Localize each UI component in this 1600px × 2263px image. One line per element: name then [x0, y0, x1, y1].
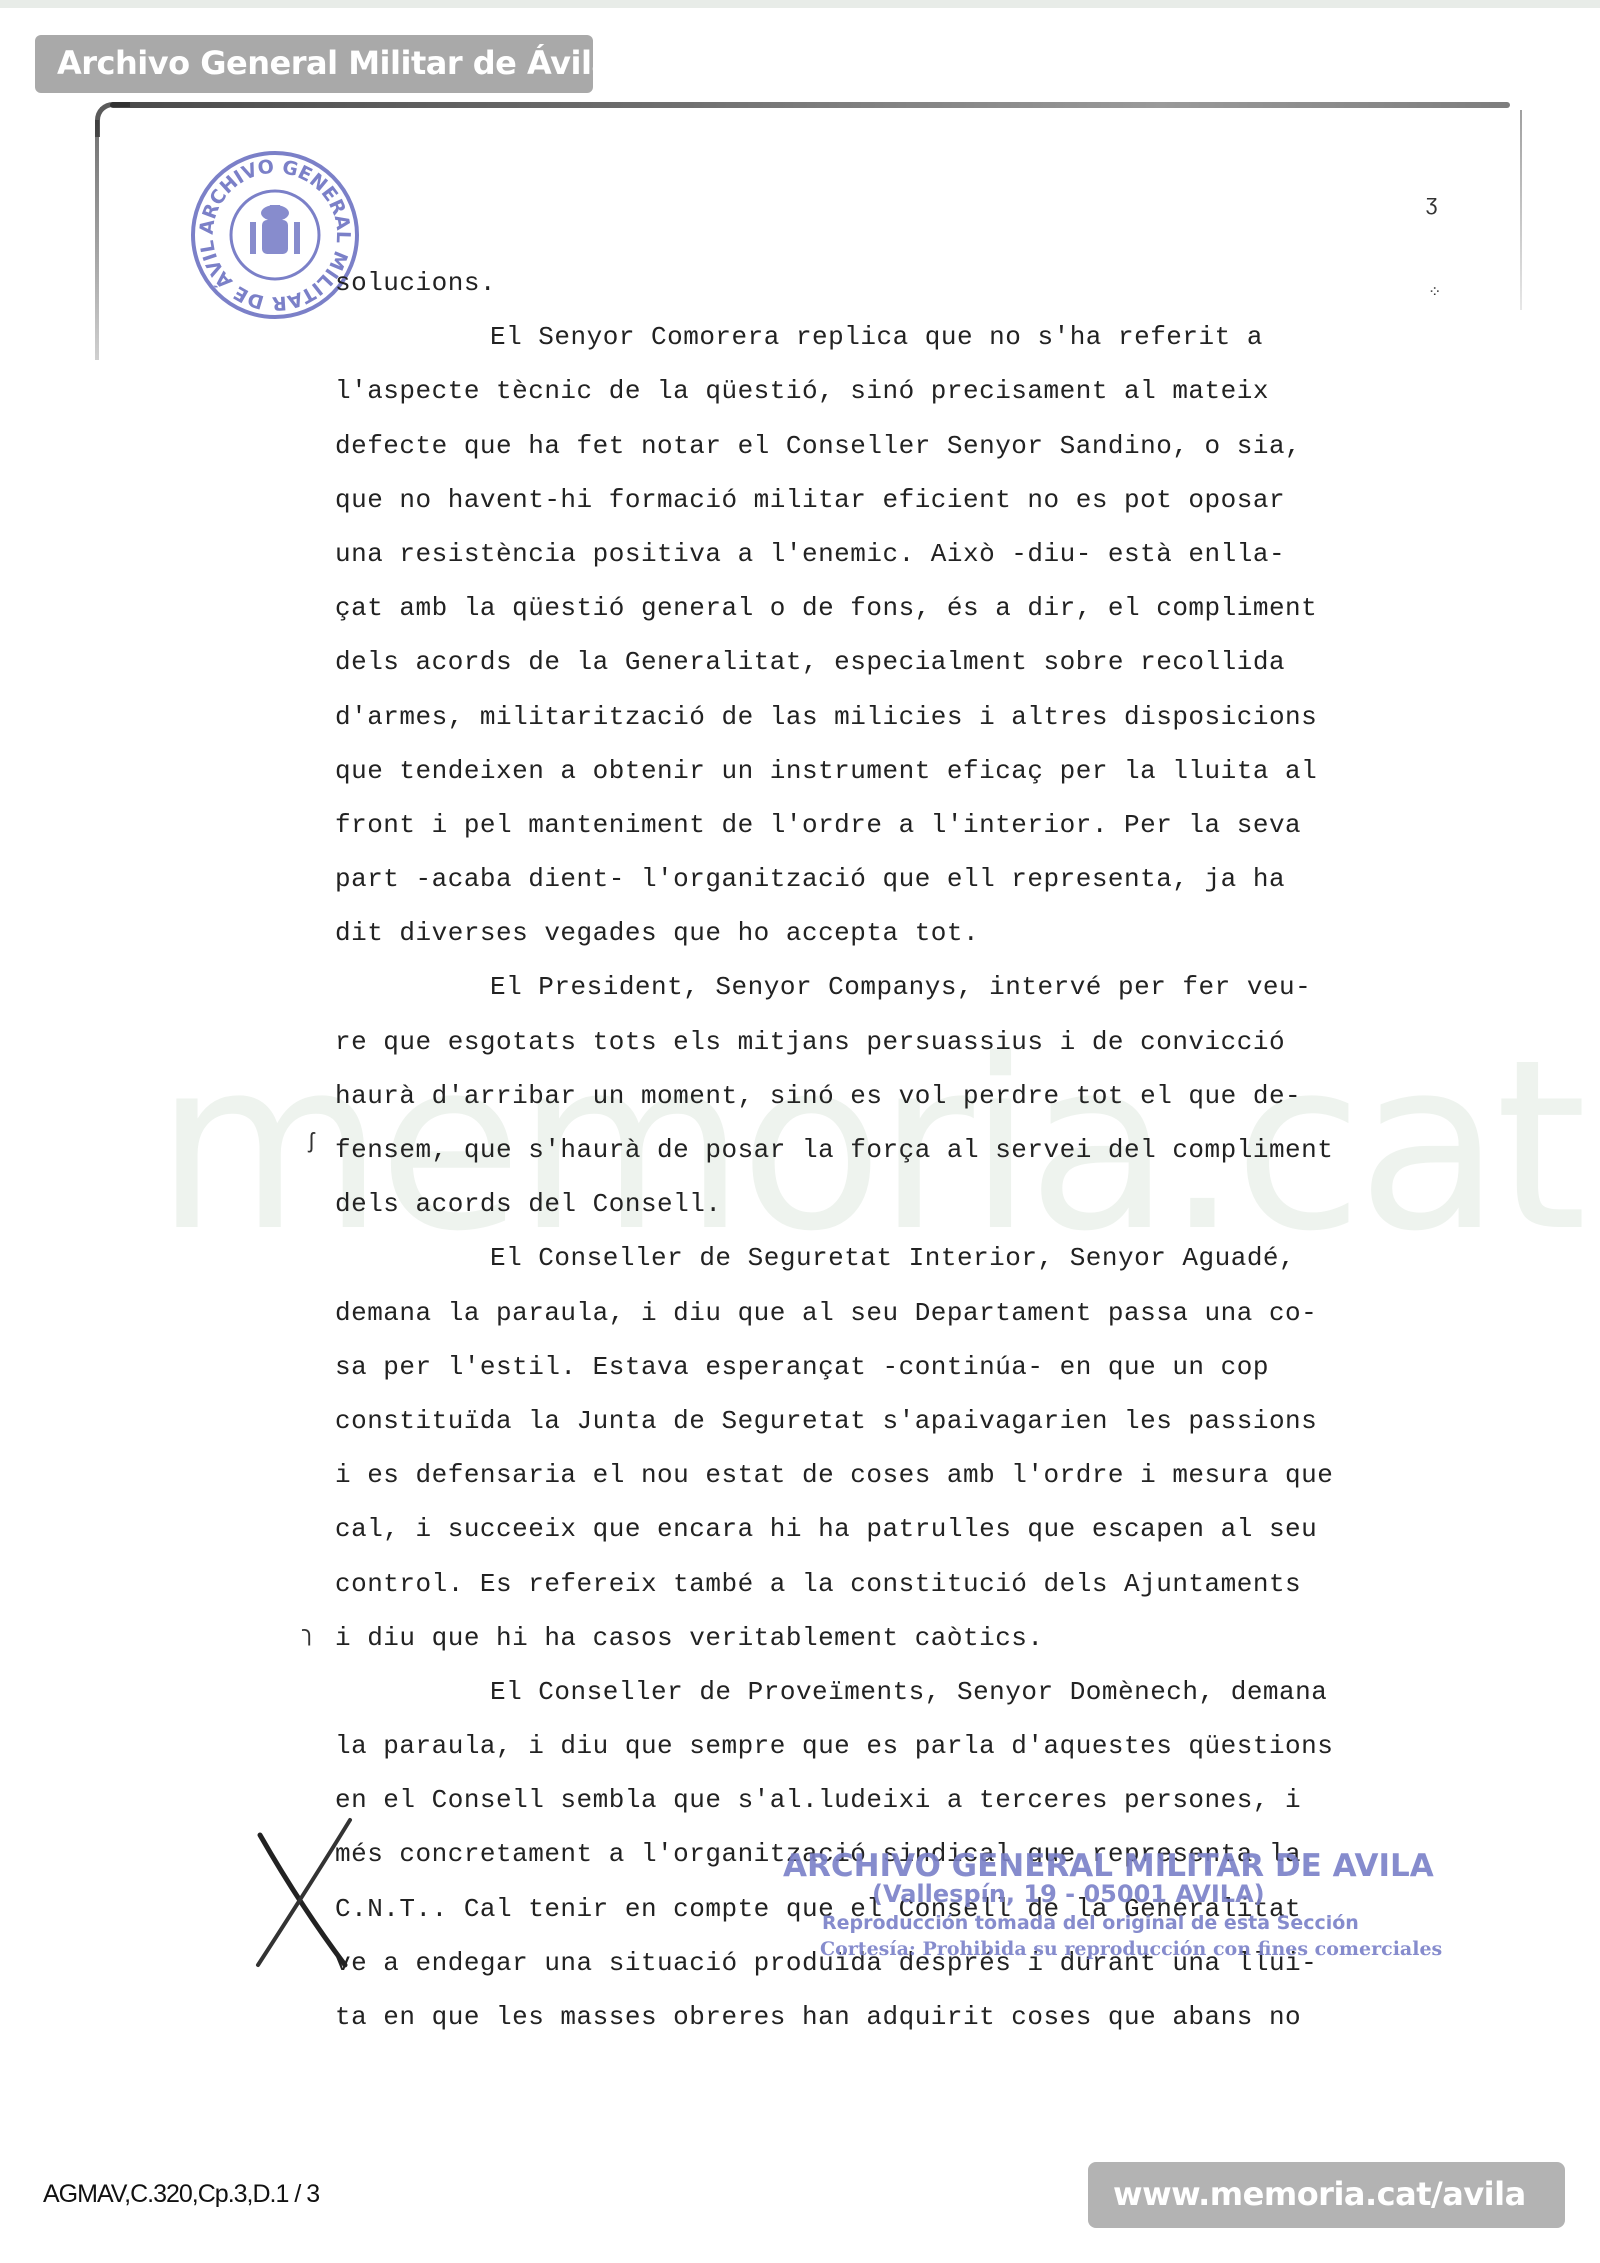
document-line: front i pel manteniment de l'ordre a l'i…: [335, 798, 1415, 852]
document-reference: AGMAV,C.320,Cp.3,D.1 / 3: [43, 2180, 319, 2209]
document-line: que no havent-hi formació militar eficie…: [335, 473, 1415, 527]
stamp-archive-name: ARCHIVO GENERAL MILITAR DE AVILA: [783, 1848, 1480, 1884]
document-line: El Senyor Comorera replica que no s'ha r…: [335, 310, 1415, 364]
document-body: solucions.El Senyor Comorera replica que…: [335, 256, 1415, 2044]
document-line: cal, i succeeix que encara hi ha patrull…: [335, 1502, 1415, 1556]
document-line: defecte que ha fet notar el Conseller Se…: [335, 419, 1415, 473]
margin-mark-icon: ʒ: [1425, 192, 1438, 217]
scan-edge: [0, 0, 1600, 8]
document-line: re que esgotats tots els mitjans persuas…: [335, 1015, 1415, 1069]
document-line: El Conseller de Seguretat Interior, Seny…: [335, 1231, 1415, 1285]
stamp-prohibition-note: Cortesía: Prohibida su reproducción con …: [820, 1938, 1480, 1960]
document-line: i diu que hi ha casos veritablement caòt…: [335, 1611, 1415, 1665]
archive-reproduction-stamp: ARCHIVO GENERAL MILITAR DE AVILA (Valles…: [780, 1848, 1480, 1960]
document-line: El President, Senyor Companys, intervé p…: [335, 960, 1415, 1014]
document-line: en el Consell sembla que s'al.ludeixi a …: [335, 1773, 1415, 1827]
document-line: solucions.: [335, 256, 1415, 310]
document-frame-right: [1520, 110, 1522, 310]
document-line: la paraula, i diu que sempre que es parl…: [335, 1719, 1415, 1773]
document-line: una resistència positiva a l'enemic. Aix…: [335, 527, 1415, 581]
document-line: demana la paraula, i diu que al seu Depa…: [335, 1286, 1415, 1340]
memoria-url-link[interactable]: www.memoria.cat/avila: [1113, 2175, 1526, 2213]
margin-mark-icon: ⁘: [1428, 282, 1441, 302]
document-line: part -acaba dient- l'organització que el…: [335, 852, 1415, 906]
document-line: constituïda la Junta de Seguretat s'apai…: [335, 1394, 1415, 1448]
document-line: dels acords de la Generalitat, especialm…: [335, 635, 1415, 689]
margin-mark-icon: ɿ: [300, 1623, 313, 1648]
cross-mark-icon: [250, 1815, 360, 1975]
document-line: ta en que les masses obreres han adquiri…: [335, 1990, 1415, 2044]
memoria-url-banner[interactable]: www.memoria.cat/avila: [1088, 2162, 1565, 2228]
document-line: l'aspecte tècnic de la qüestió, sinó pre…: [335, 364, 1415, 418]
document-line: çat amb la qüestió general o de fons, és…: [335, 581, 1415, 635]
stamp-address: (Vallespín, 19 - 05001 AVILA): [872, 1880, 1480, 1908]
archive-header-banner: Archivo General Militar de Ávila: [35, 35, 593, 93]
archive-title: Archivo General Militar de Ávila: [57, 44, 613, 82]
document-line: control. Es refereix també a la constitu…: [335, 1557, 1415, 1611]
stamp-reproduction-note: Reproducción tomada del original de esta…: [822, 1912, 1480, 1934]
document-line: haurà d'arribar un moment, sinó es vol p…: [335, 1069, 1415, 1123]
document-line: dit diverses vegades que ho accepta tot.: [335, 906, 1415, 960]
document-line: fensem, que s'haurà de posar la força al…: [335, 1123, 1415, 1177]
document-frame-top: [110, 102, 1510, 108]
document-line: i es defensaria el nou estat de coses am…: [335, 1448, 1415, 1502]
margin-mark-icon: ʃ: [305, 1130, 318, 1155]
document-frame-left: [95, 120, 99, 360]
document-line: dels acords del Consell.: [335, 1177, 1415, 1231]
document-line: d'armes, militarització de las milicies …: [335, 690, 1415, 744]
document-line: que tendeixen a obtenir un instrument ef…: [335, 744, 1415, 798]
document-line: El Conseller de Proveïments, Senyor Domè…: [335, 1665, 1415, 1719]
document-line: sa per l'estil. Estava esperançat -conti…: [335, 1340, 1415, 1394]
